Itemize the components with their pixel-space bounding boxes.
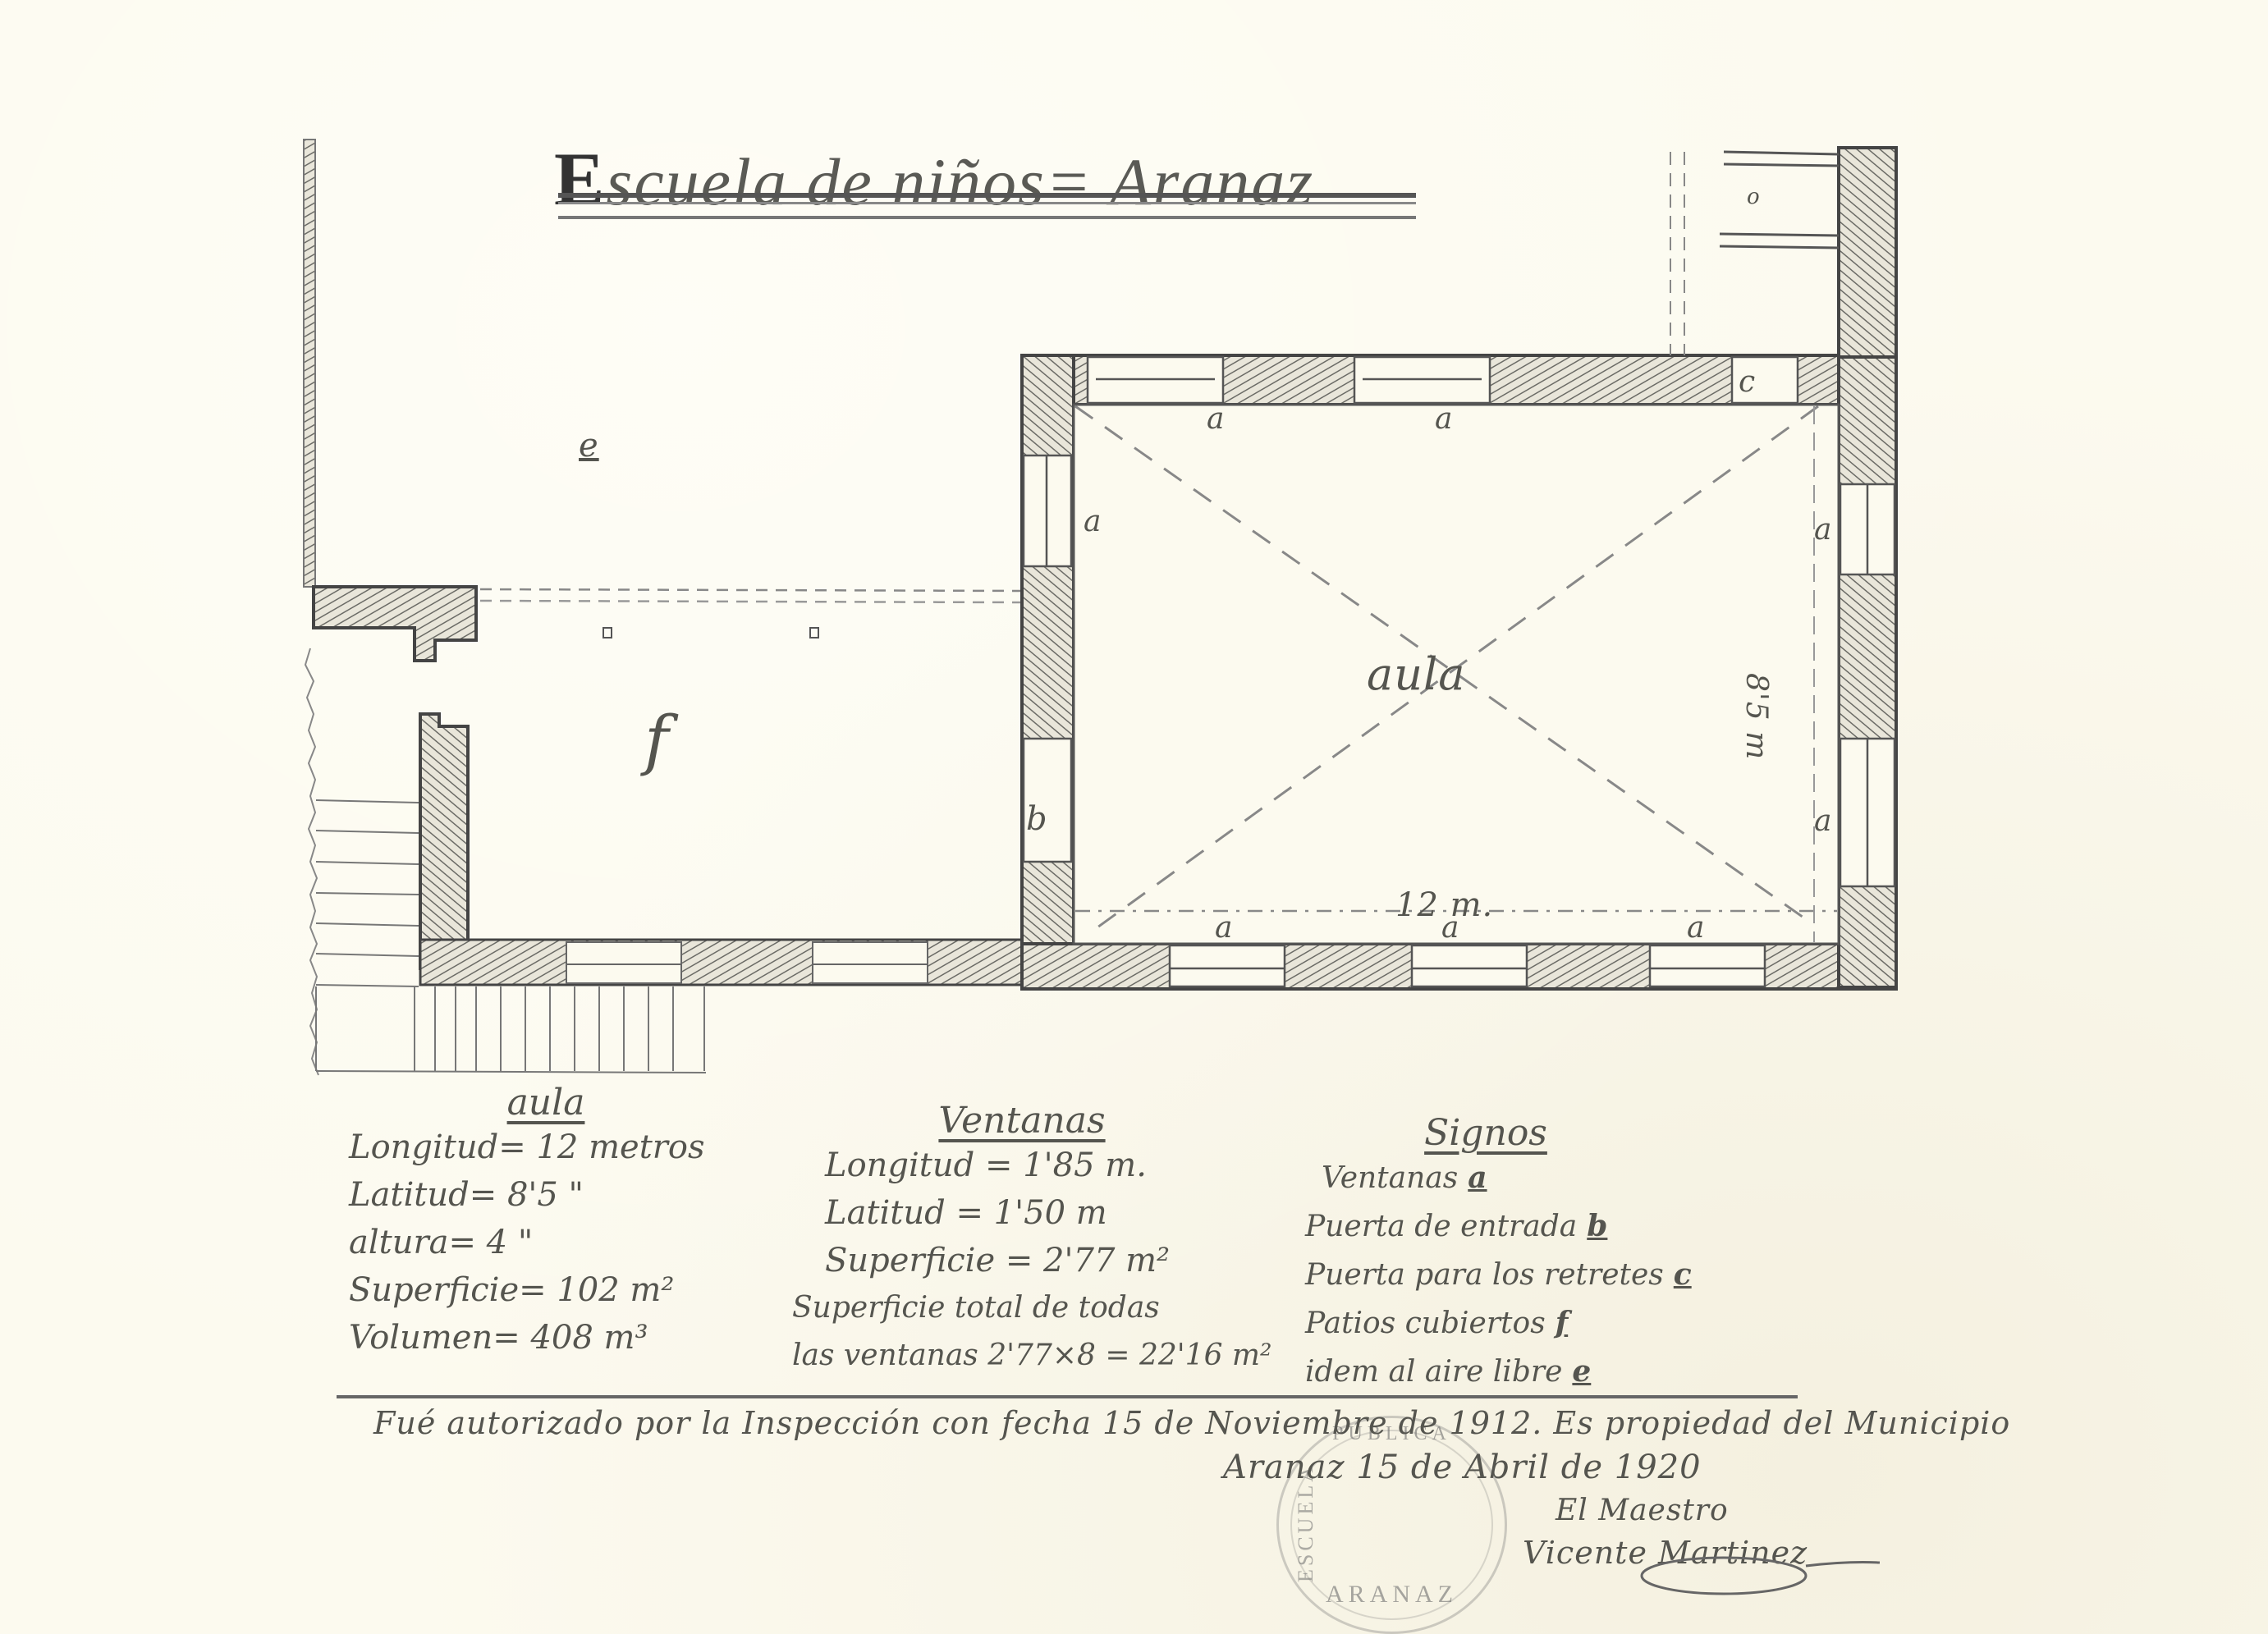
label-toilet-door: c bbox=[1739, 365, 1756, 399]
label-toilet-mark: o bbox=[1747, 185, 1761, 209]
label-open-patio: e bbox=[579, 427, 599, 465]
legend-row: Ventanasa bbox=[1305, 1154, 1666, 1202]
window-label: a bbox=[1687, 911, 1705, 945]
label-width: 8'5 m bbox=[1739, 673, 1773, 760]
window-label: a bbox=[1215, 911, 1233, 945]
legend-key: c bbox=[1674, 1257, 1692, 1292]
bottom-windows bbox=[1170, 945, 1765, 986]
stamp-bottom-text: ARANAZ bbox=[1279, 1581, 1505, 1609]
label-classroom: aula bbox=[1367, 648, 1465, 700]
patio-wall-bottom bbox=[420, 940, 1024, 985]
legend-key: a bbox=[1468, 1160, 1487, 1195]
patio-wall-upper bbox=[314, 587, 476, 661]
legend-aula: aula Longitud= 12 metros Latitud= 8'5 " … bbox=[349, 1082, 743, 1362]
legend-key: b bbox=[1587, 1209, 1607, 1243]
authorization-note: Fué autorizado por la Inspección con fec… bbox=[373, 1405, 2010, 1441]
window-label: a bbox=[1084, 505, 1102, 538]
signer-role: El Maestro bbox=[1556, 1494, 1729, 1527]
footer-divider bbox=[337, 1395, 1798, 1398]
legend-row: Longitud= 12 metros bbox=[349, 1124, 743, 1171]
toilet-annex bbox=[1670, 148, 1896, 357]
window-label: a bbox=[1435, 402, 1453, 436]
window-label: a bbox=[1441, 911, 1459, 945]
legend-ventanas: Ventanas Longitud = 1'85 m. Latitud = 1'… bbox=[792, 1100, 1252, 1380]
legend-row: Patios cubiertosf bbox=[1305, 1299, 1666, 1348]
legend-row: Superficie = 2'77 m² bbox=[792, 1237, 1252, 1284]
legend-row: las ventanas 2'77×8 = 22'16 m² bbox=[792, 1332, 1252, 1380]
window-label: a bbox=[1814, 804, 1832, 838]
signature-flourish bbox=[1633, 1543, 1880, 1609]
patio-wall-left bbox=[420, 714, 468, 968]
legend-signos-heading: Signos bbox=[1305, 1112, 1666, 1154]
legend-key: e bbox=[1572, 1354, 1591, 1389]
legend-row: idem al aire libree bbox=[1305, 1348, 1666, 1396]
legend-row: Latitud= 8'5 " bbox=[349, 1171, 743, 1219]
window-label: a bbox=[1814, 513, 1832, 547]
legend-row: Superficie= 102 m² bbox=[349, 1266, 743, 1314]
legend-row: Puerta para los retretesc bbox=[1305, 1251, 1666, 1299]
legend-row: Puerta de entradab bbox=[1305, 1202, 1666, 1251]
legend-key: f bbox=[1556, 1306, 1569, 1340]
fence bbox=[316, 986, 706, 1073]
window-label: a bbox=[1207, 402, 1225, 436]
floor-plan bbox=[0, 0, 2268, 1634]
place-date: Aranaz 15 de Abril de 1920 bbox=[1223, 1449, 1702, 1486]
label-covered-patio: f bbox=[644, 702, 670, 778]
label-entrance-door: b bbox=[1026, 800, 1048, 838]
legend-aula-heading: aula bbox=[349, 1082, 743, 1124]
legend-row: Volumen= 408 m³ bbox=[349, 1314, 743, 1362]
legend-ventanas-heading: Ventanas bbox=[792, 1100, 1252, 1142]
legend-row: altura= 4 " bbox=[349, 1219, 743, 1266]
legend-row: Latitud = 1'50 m bbox=[792, 1189, 1252, 1237]
legend-row: Longitud = 1'85 m. bbox=[792, 1142, 1252, 1189]
legend-row: Superficie total de todas bbox=[792, 1284, 1252, 1332]
stairs bbox=[316, 800, 419, 986]
legend-signos: Signos Ventanasa Puerta de entradab Puer… bbox=[1305, 1112, 1666, 1396]
